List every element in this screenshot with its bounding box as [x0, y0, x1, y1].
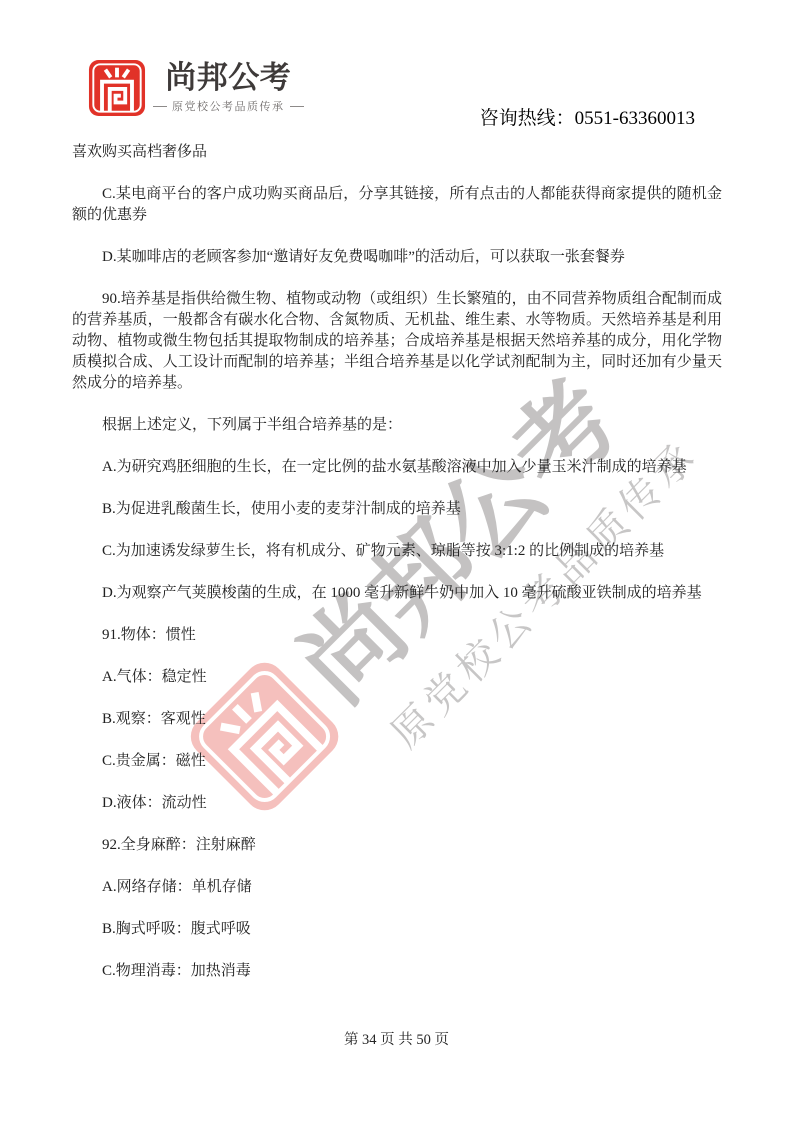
q92-option-b: B.胸式呼吸：腹式呼吸 — [72, 919, 722, 940]
tagline-dash — [290, 106, 304, 107]
q91-stem: 91.物体：惯性 — [72, 625, 722, 646]
brand-logo: 尚邦公考 原党校公考品质传承 — [88, 59, 304, 117]
brand-tagline: 原党校公考品质传承 — [153, 98, 304, 114]
document-page: 尚邦公考 原党校公考品质传承 尚邦公考 — [0, 0, 793, 1122]
q92-stem: 92.全身麻醉：注射麻醉 — [72, 835, 722, 856]
q92-option-a: A.网络存储：单机存储 — [72, 877, 722, 898]
page-number-indicator: 第 34 页 共 50 页 — [0, 1028, 793, 1049]
q92-option-c: C.物理消毒：加热消毒 — [72, 961, 722, 982]
q90-stem: 90.培养基是指供给微生物、植物或动物（或组织）生长繁殖的，由不同营养物质组合配… — [72, 289, 722, 394]
q91-option-b: B.观察：客观性 — [72, 709, 722, 730]
logo-text-block: 尚邦公考 原党校公考品质传承 — [153, 59, 304, 114]
q91-option-a: A.气体：稳定性 — [72, 667, 722, 688]
q90-prompt: 根据上述定义，下列属于半组合培养基的是： — [72, 415, 722, 436]
q90-option-a: A.为研究鸡胚细胞的生长，在一定比例的盐水氨基酸溶液中加入少量玉米汁制成的培养基 — [72, 457, 722, 478]
document-body: 喜欢购买高档奢侈品 C.某电商平台的客户成功购买商品后，分享其链接，所有点击的人… — [72, 142, 722, 1003]
brand-tagline-text: 原党校公考品质传承 — [172, 98, 285, 114]
q91-option-c: C.贵金属：磁性 — [72, 751, 722, 772]
shangbang-seal-icon — [88, 59, 146, 117]
q89-option-c: C.某电商平台的客户成功购买商品后，分享其链接，所有点击的人都能获得商家提供的随… — [72, 184, 722, 226]
q90-option-b: B.为促进乳酸菌生长，使用小麦的麦芽汁制成的培养基 — [72, 499, 722, 520]
tagline-dash — [153, 106, 167, 107]
q89-option-d: D.某咖啡店的老顾客参加“邀请好友免费喝咖啡”的活动后，可以获取一张套餐券 — [72, 247, 722, 268]
page-header: 尚邦公考 原党校公考品质传承 咨询热线：0551-63360013 — [0, 0, 793, 140]
q91-option-d: D.液体：流动性 — [72, 793, 722, 814]
q90-option-c: C.为加速诱发绿萝生长，将有机成分、矿物元素、琼脂等按 3:1:2 的比例制成的… — [72, 541, 722, 562]
hotline-text: 咨询热线：0551-63360013 — [480, 103, 695, 130]
q89-option-b-continuation: 喜欢购买高档奢侈品 — [72, 142, 722, 163]
brand-name: 尚邦公考 — [165, 61, 291, 95]
q90-option-d: D.为观察产气荚膜梭菌的生成，在 1000 毫升新鲜牛奶中加入 10 毫升硫酸亚… — [72, 583, 722, 604]
